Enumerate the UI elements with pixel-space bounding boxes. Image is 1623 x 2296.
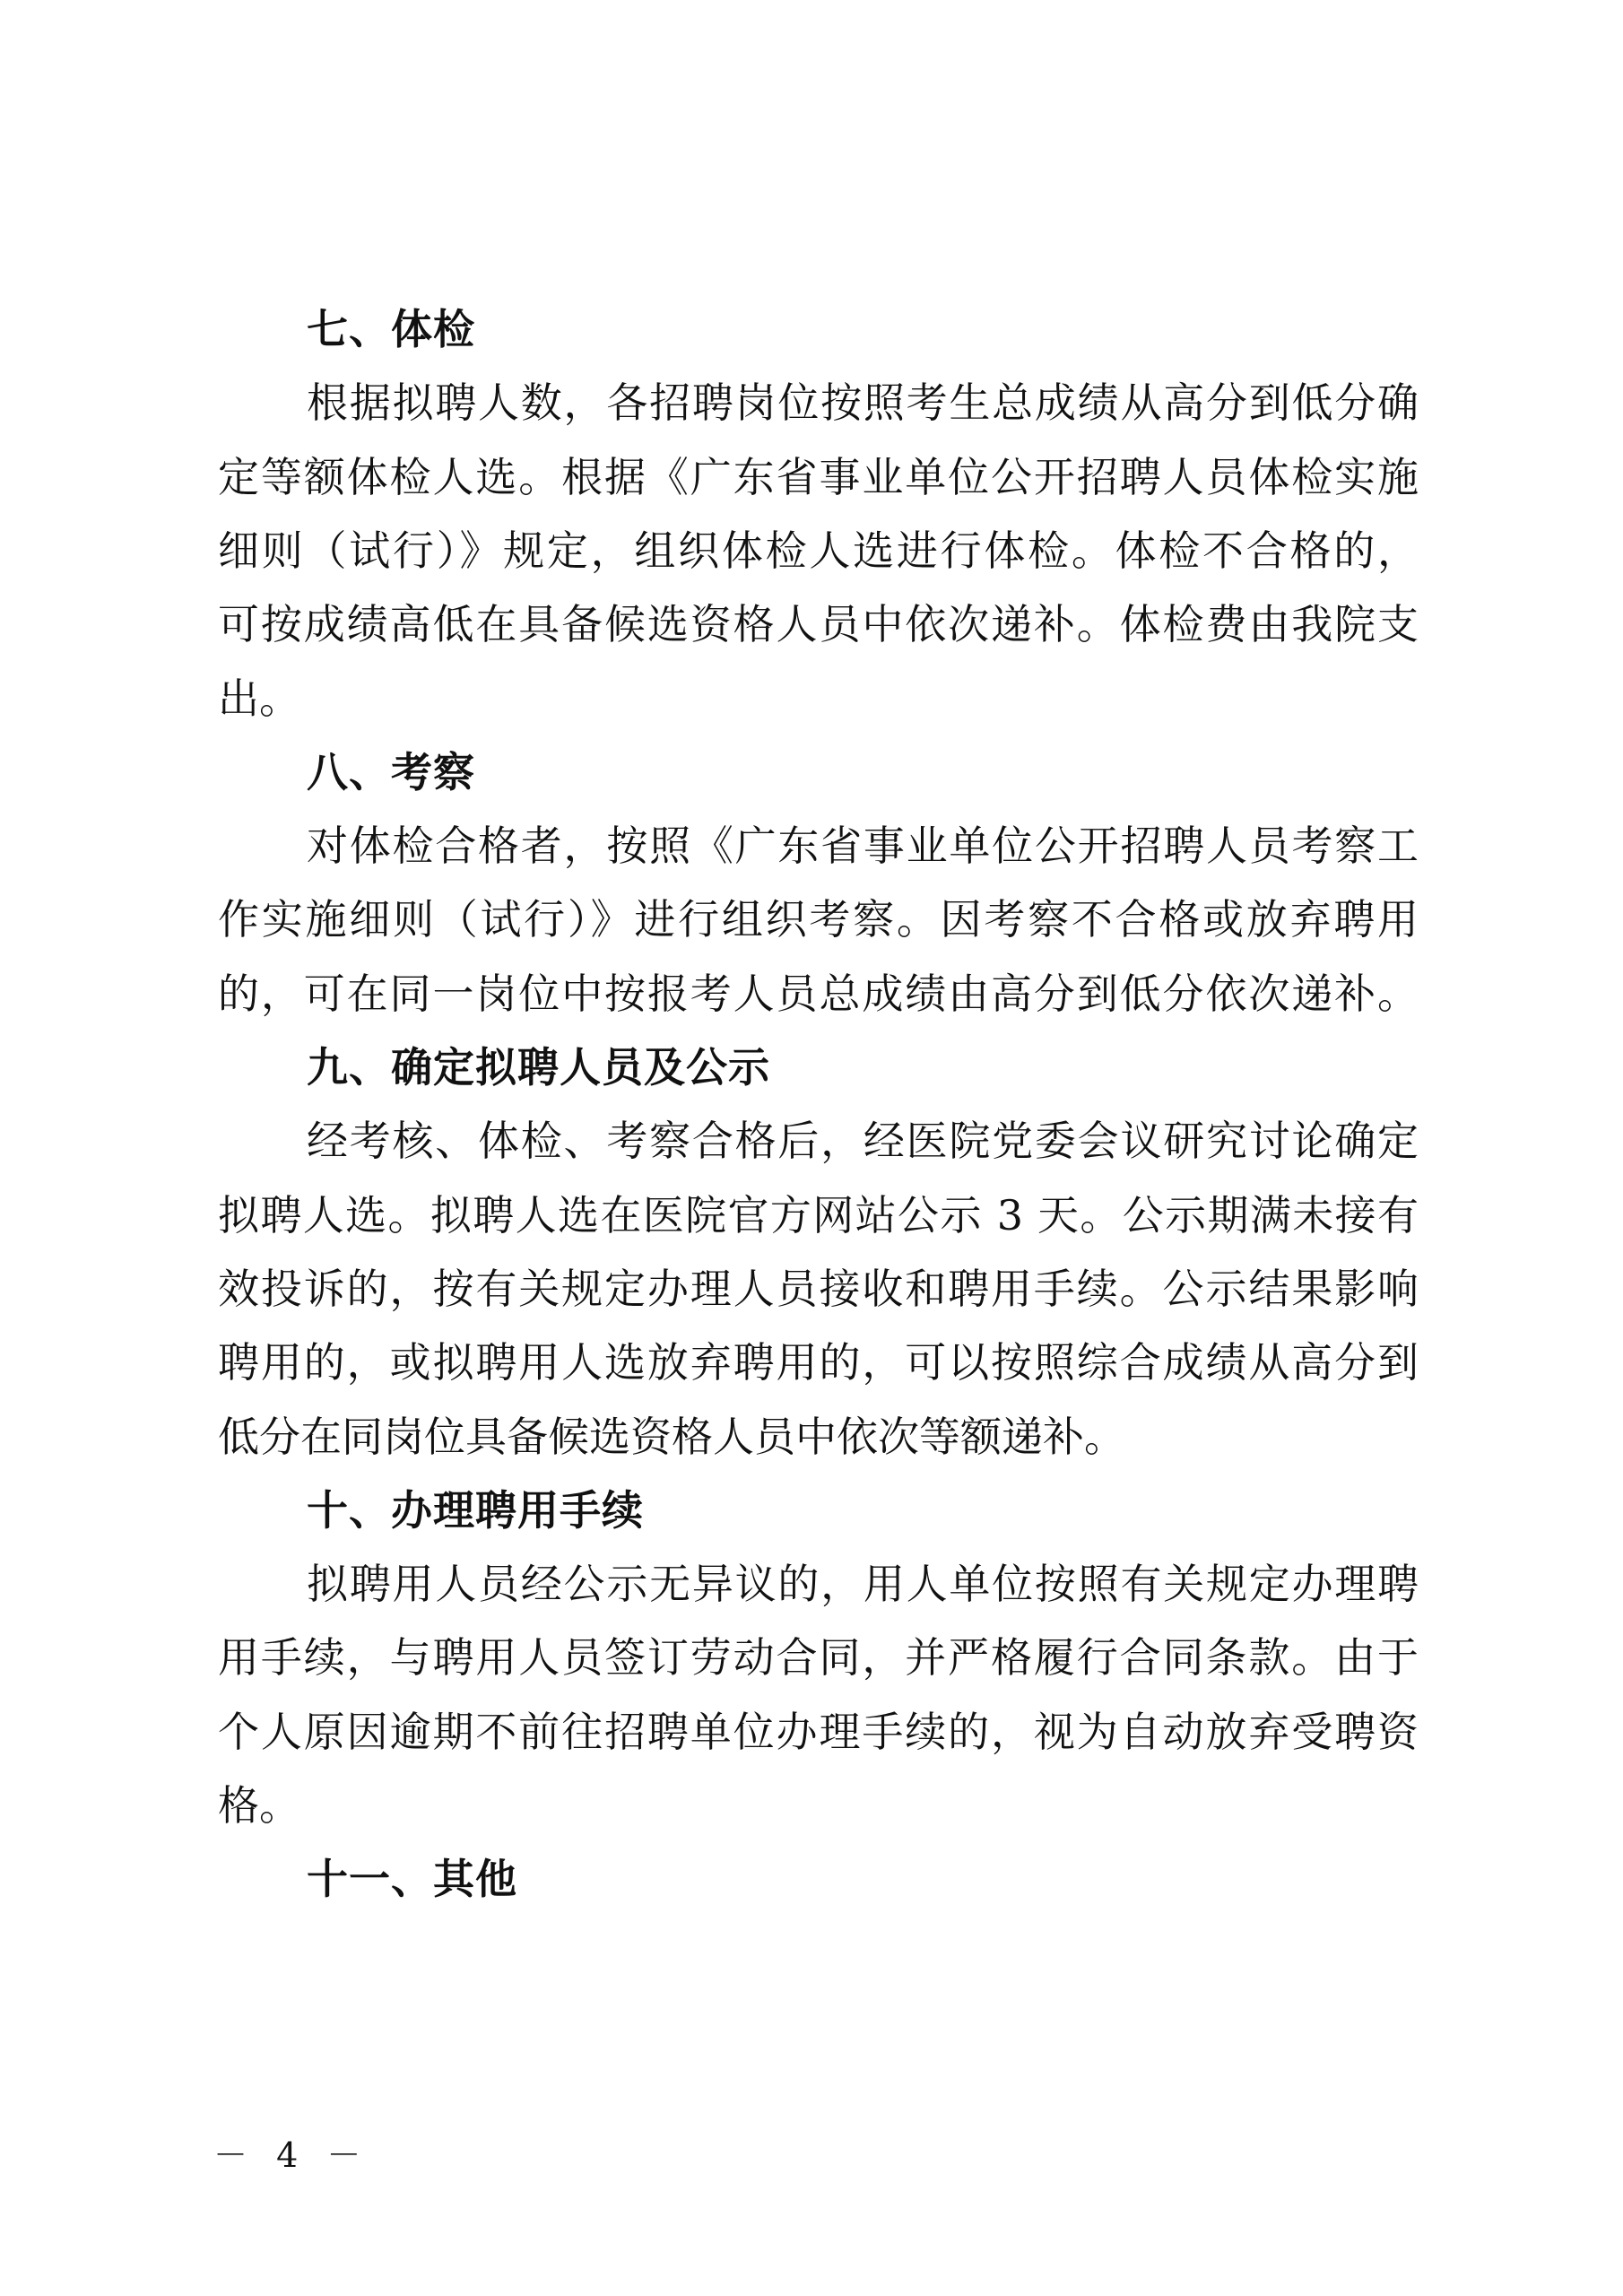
- section-heading-other: 十一、其他: [307, 1842, 517, 1916]
- section-heading-confirm-and-publicize: 九、确定拟聘人员及公示: [307, 1031, 770, 1104]
- paragraph-line: 拟聘人选。拟聘人选在医院官方网站公示 3 天。公示期满未接有: [218, 1178, 1419, 1252]
- paragraph-line: 格。: [218, 1769, 300, 1842]
- document-page: 七、体检 根据拟聘人数，各招聘岗位按照考生总成绩从高分到低分确 定等额体检人选。…: [0, 0, 1623, 2296]
- paragraph-line: 个人原因逾期不前往招聘单位办理手续的，视为自动放弃受聘资: [218, 1695, 1419, 1769]
- paragraph-line: 低分在同岗位具备候选资格人员中依次等额递补。: [218, 1400, 1125, 1474]
- paragraph-line: 拟聘用人员经公示无异议的，用人单位按照有关规定办理聘: [307, 1547, 1419, 1621]
- paragraph-line: 可按成绩高低在具备候选资格人员中依次递补。体检费由我院支: [218, 587, 1419, 661]
- paragraph-line: 效投诉的，按有关规定办理人员接收和聘用手续。公示结果影响: [218, 1252, 1419, 1326]
- section-heading-physical-exam: 七、体检: [307, 292, 475, 366]
- paragraph-line: 的，可在同一岗位中按报考人员总成绩由高分到低分依次递补。: [218, 957, 1419, 1031]
- paragraph-line: 出。: [218, 662, 300, 735]
- paragraph-line: 细则（试行）》规定，组织体检人选进行体检。体检不合格的，: [218, 514, 1419, 587]
- page-number: － 4 －: [213, 2133, 369, 2178]
- section-heading-inspection: 八、考察: [307, 735, 475, 809]
- paragraph-line: 用手续，与聘用人员签订劳动合同，并严格履行合同条款。由于: [218, 1621, 1419, 1694]
- paragraph-line: 定等额体检人选。根据《广东省事业单位公开招聘人员体检实施: [218, 440, 1419, 514]
- paragraph-line: 聘用的，或拟聘用人选放弃聘用的，可以按照综合成绩从高分到: [218, 1326, 1419, 1399]
- section-heading-employment-procedures: 十、办理聘用手续: [307, 1474, 644, 1547]
- paragraph-line: 根据拟聘人数，各招聘岗位按照考生总成绩从高分到低分确: [307, 366, 1419, 439]
- paragraph-line: 作实施细则（试行）》进行组织考察。因考察不合格或放弃聘用: [218, 883, 1419, 956]
- paragraph-line: 对体检合格者，按照《广东省事业单位公开招聘人员考察工: [307, 809, 1419, 883]
- paragraph-line: 经考核、体检、考察合格后，经医院党委会议研究讨论确定: [307, 1104, 1419, 1178]
